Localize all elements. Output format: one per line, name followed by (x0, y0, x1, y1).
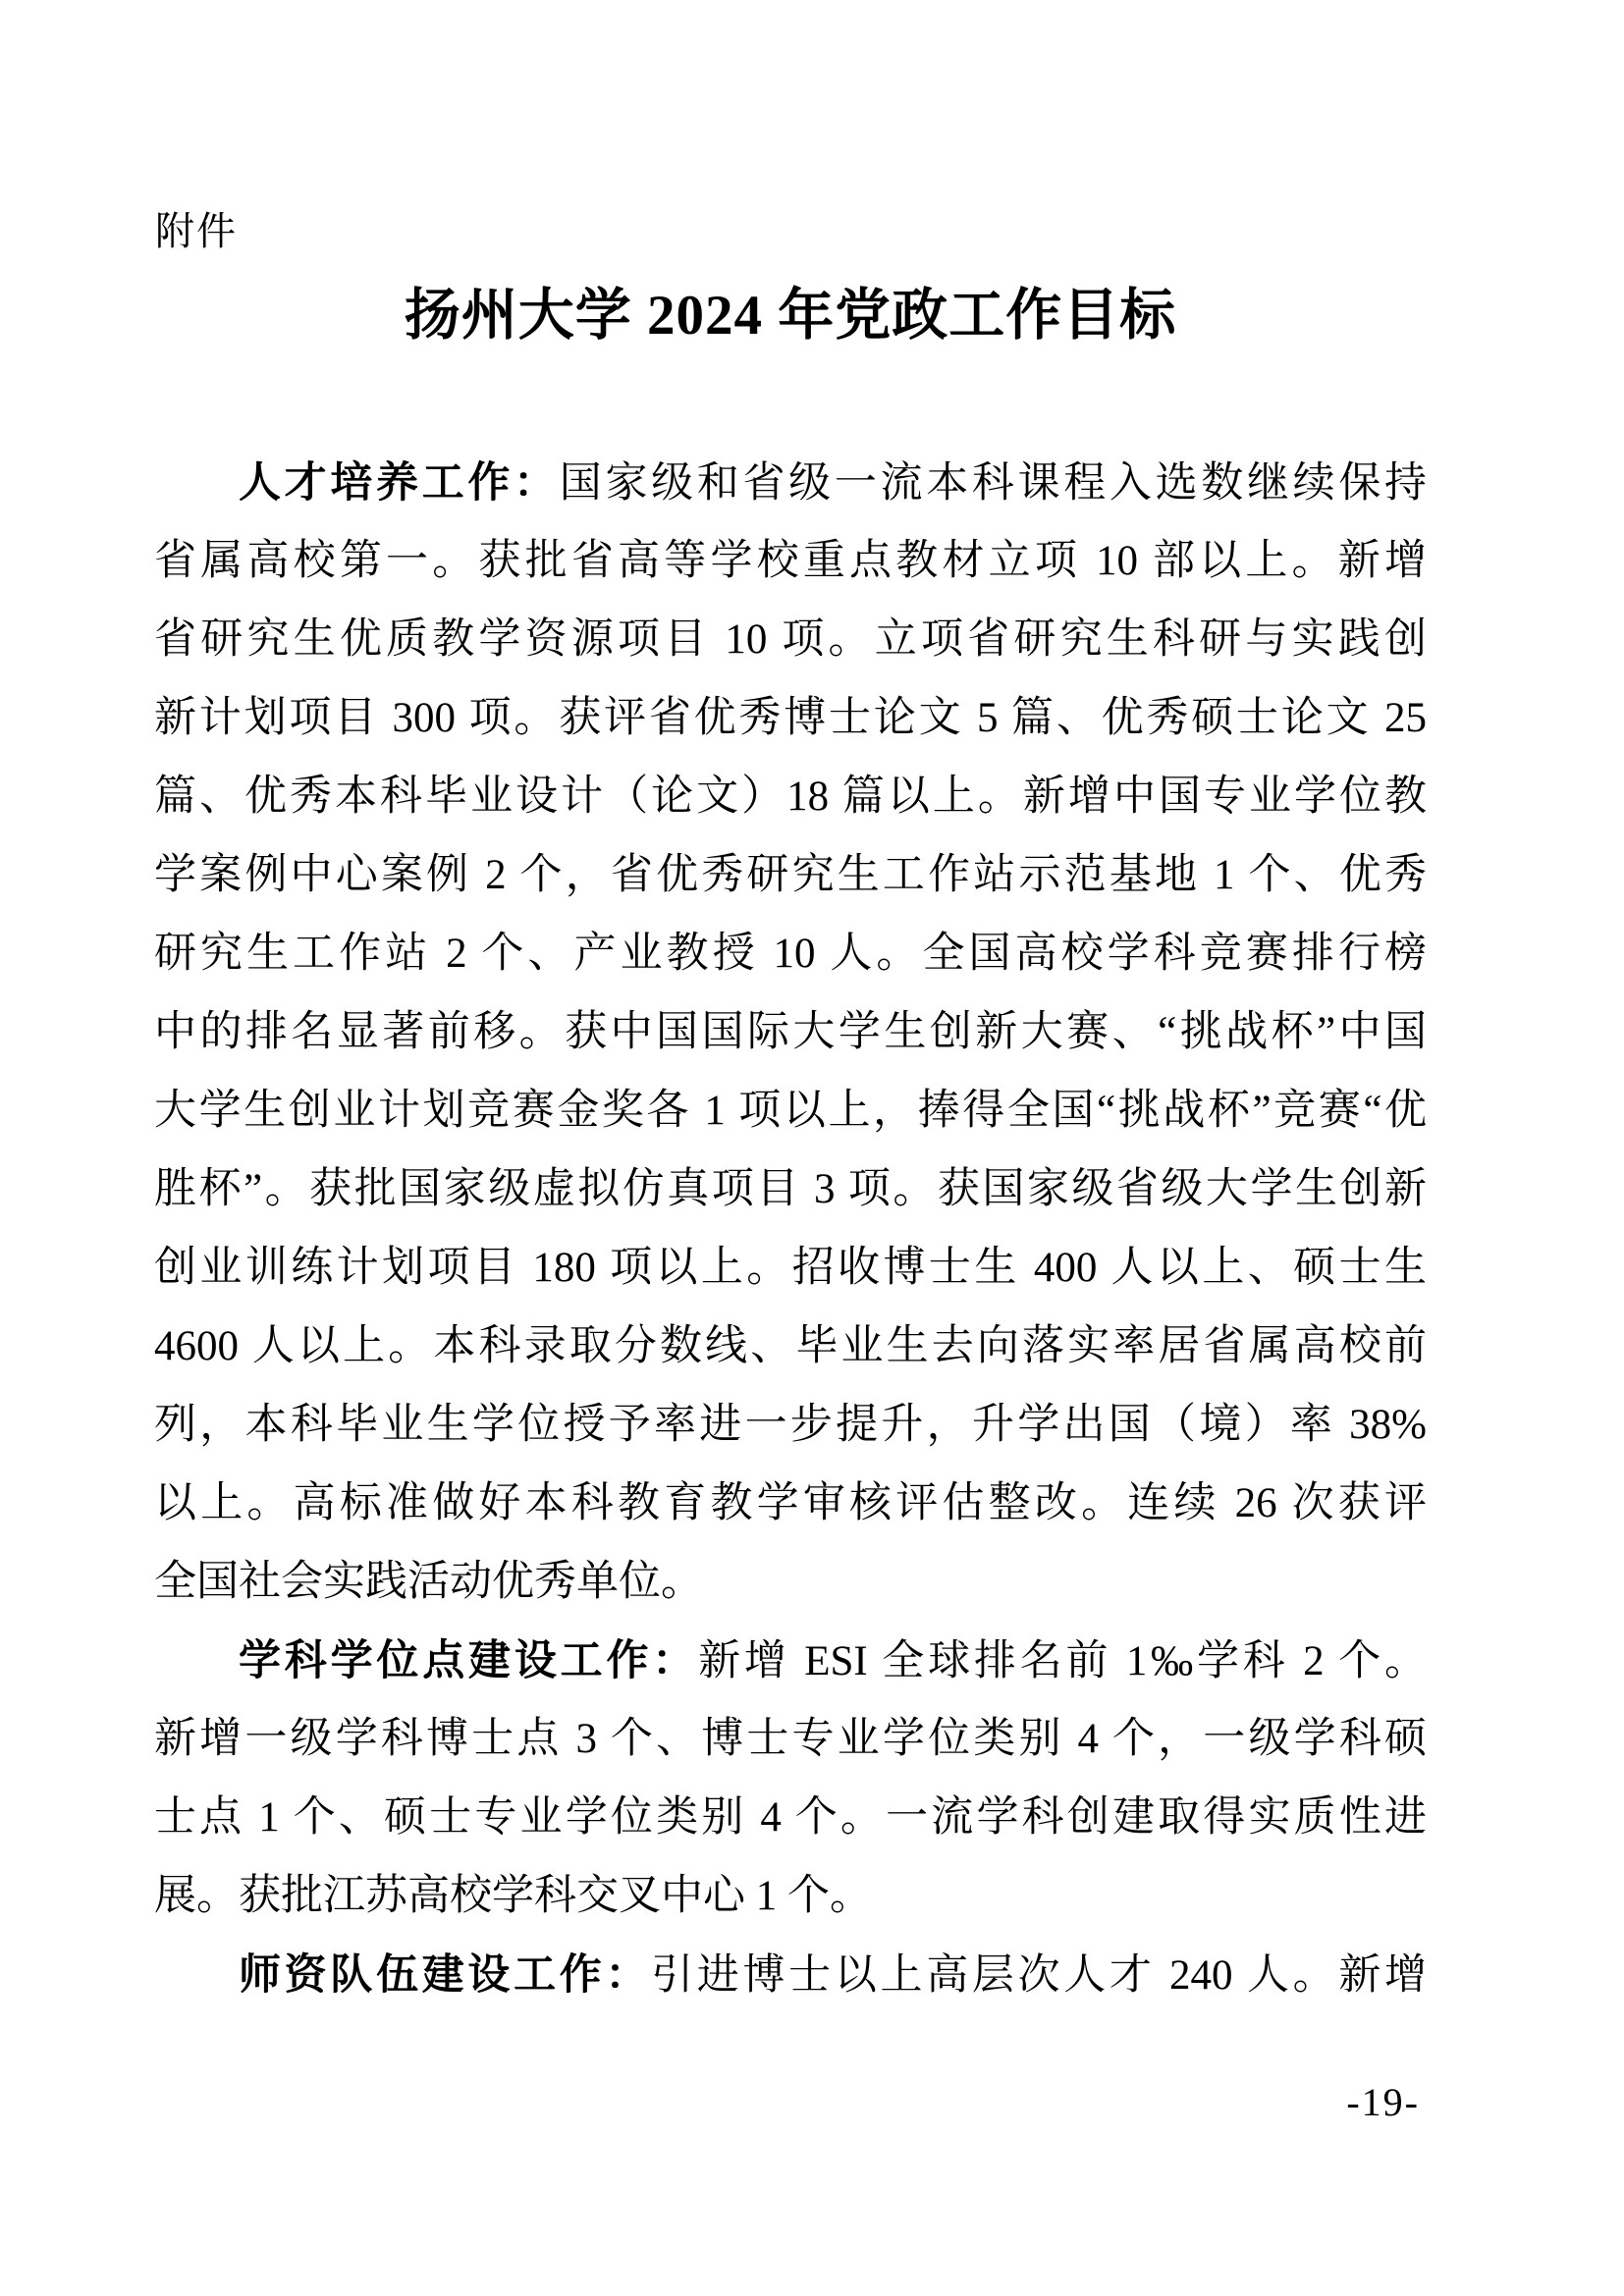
attachment-label: 附件 (155, 208, 238, 255)
paragraph: 学科学位点建设工作：新增 ESI 全球排名前 1‰学科 2 个。新增一级学科博士… (154, 1622, 1427, 1936)
text-line: 新计划项目 300 项。获评省优秀博士论文 5 篇、优秀硕士论文 25 (154, 679, 1427, 758)
paragraph: 师资队伍建设工作：引进博士以上高层次人才 240 人。新增 (154, 1936, 1427, 2014)
paragraph-lead: 学科学位点建设工作： (239, 1637, 698, 1684)
text-line: 展。获批江苏高校学科交叉中心 1 个。 (154, 1857, 1427, 1936)
document-page: 附件 扬州大学 2024 年党政工作目标 人才培养工作：国家级和省级一流本科课程… (0, 0, 1624, 2296)
text-line: 学案例中心案例 2 个，省优秀研究生工作站示范基地 1 个、优秀 (154, 836, 1427, 915)
text-line: 胜杯”。获批国家级虚拟仿真项目 3 项。获国家级省级大学生创新 (154, 1150, 1427, 1229)
paragraph: 人才培养工作：国家级和省级一流本科课程入选数继续保持省属高校第一。获批省高等学校… (154, 444, 1427, 1622)
text-line: 研究生工作站 2 个、产业教授 10 人。全国高校学科竞赛排行榜 (154, 915, 1427, 993)
paragraph-lead: 师资队伍建设工作： (239, 1951, 651, 1999)
text-line: 创业训练计划项目 180 项以上。招收博士生 400 人以上、硕士生 (154, 1229, 1427, 1308)
document-body: 人才培养工作：国家级和省级一流本科课程入选数继续保持省属高校第一。获批省高等学校… (154, 444, 1427, 2014)
text-line: 列，本科毕业生学位授予率进一步提升，升学出国（境）率 38% (154, 1386, 1427, 1465)
paragraph-lead: 人才培养工作： (239, 459, 560, 507)
text-line: 全国社会实践活动优秀单位。 (154, 1543, 1427, 1622)
page-number: -19- (1346, 2079, 1420, 2126)
text-line: 新增一级学科博士点 3 个、博士专业学位类别 4 个，一级学科硕 (154, 1700, 1427, 1779)
text-line: 篇、优秀本科毕业设计（论文）18 篇以上。新增中国专业学位教 (154, 758, 1427, 836)
text-line: 以上。高标准做好本科教育教学审核评估整改。连续 26 次获评 (154, 1465, 1427, 1543)
text-line: 4600 人以上。本科录取分数线、毕业生去向落实率居省属高校前 (154, 1308, 1427, 1386)
text-line: 师资队伍建设工作：引进博士以上高层次人才 240 人。新增 (154, 1936, 1427, 2014)
text-line: 省研究生优质教学资源项目 10 项。立项省研究生科研与实践创 (154, 601, 1427, 679)
text-line: 士点 1 个、硕士专业学位类别 4 个。一流学科创建取得实质性进 (154, 1779, 1427, 1857)
text-line: 学科学位点建设工作：新增 ESI 全球排名前 1‰学科 2 个。 (154, 1622, 1427, 1700)
text-line: 中的排名显著前移。获中国国际大学生创新大赛、“挑战杯”中国 (154, 993, 1427, 1072)
text-line: 大学生创业计划竞赛金奖各 1 项以上，捧得全国“挑战杯”竞赛“优 (154, 1072, 1427, 1150)
text-line: 省属高校第一。获批省高等学校重点教材立项 10 部以上。新增 (154, 522, 1427, 601)
document-title: 扬州大学 2024 年党政工作目标 (154, 277, 1427, 355)
text-line: 人才培养工作：国家级和省级一流本科课程入选数继续保持 (154, 444, 1427, 522)
